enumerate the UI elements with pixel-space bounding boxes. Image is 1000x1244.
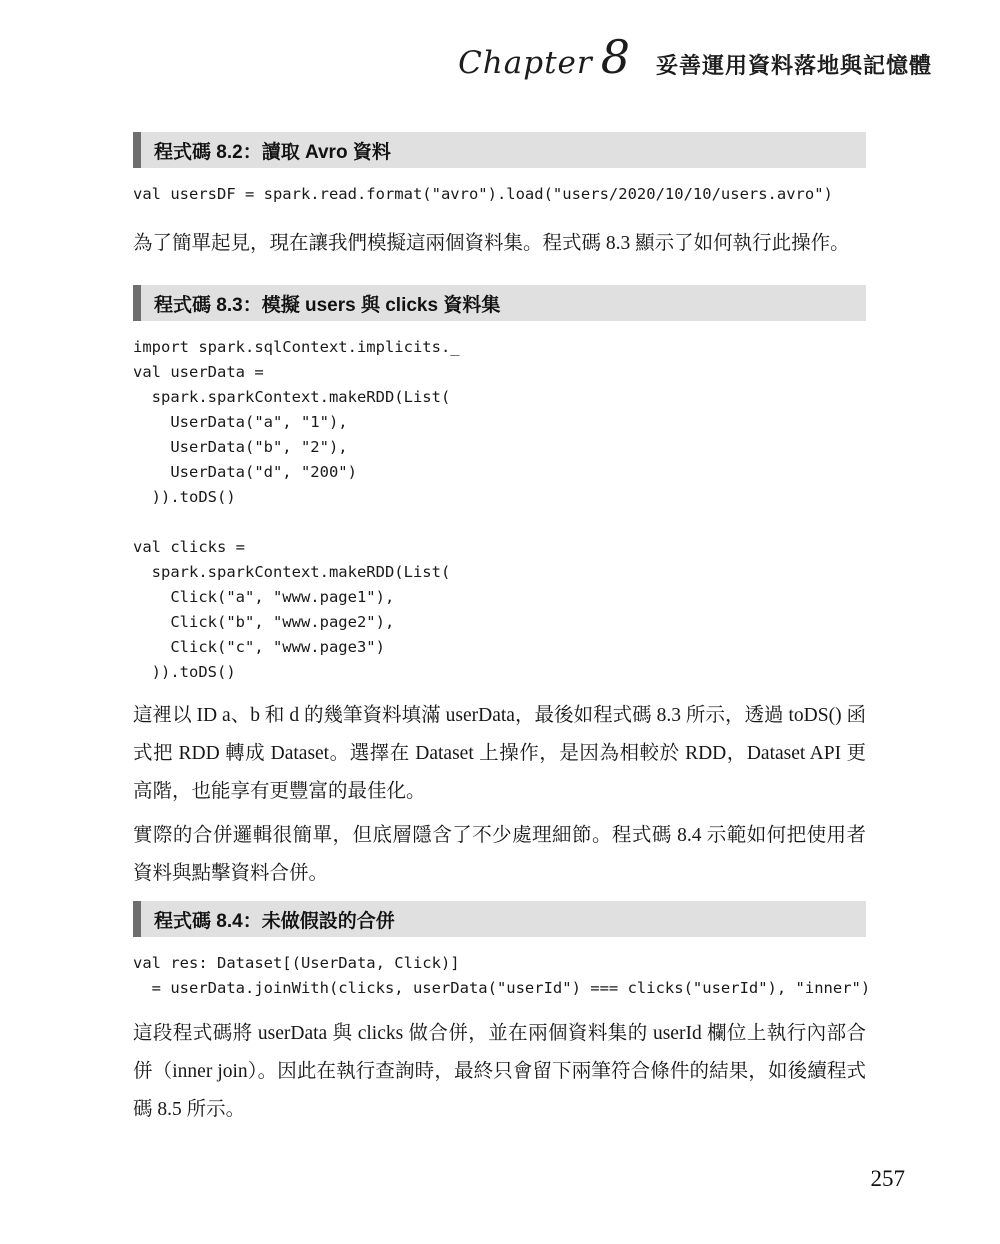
page-content: 程式碼 8.2：讀取 Avro 資料 val usersDF = spark.r… xyxy=(133,0,866,1129)
page-number: 257 xyxy=(871,1166,906,1192)
listing-8-4-heading: 程式碼 8.4：未做假設的合併 xyxy=(133,901,866,937)
paragraph-after-listing-8-3: 這裡以 ID a、b 和 d 的幾筆資料填滿 userData，最後如程式碼 8… xyxy=(133,697,866,811)
listing-8-3-code: import spark.sqlContext.implicits._ val … xyxy=(133,335,866,685)
paragraph-intro-listing-8-4: 實際的合併邏輯很簡單，但底層隱含了不少處理細節。程式碼 8.4 示範如何把使用者… xyxy=(133,817,866,893)
listing-8-3-heading-text: 程式碼 8.3：模擬 users 與 clicks 資料集 xyxy=(154,290,500,317)
listing-8-4-code: val res: Dataset[(UserData, Click)] = us… xyxy=(133,951,866,1001)
paragraph-intro-listing-8-3: 為了簡單起見，現在讓我們模擬這兩個資料集。程式碼 8.3 顯示了如何執行此操作。 xyxy=(133,225,866,263)
listing-8-2-heading-text: 程式碼 8.2：讀取 Avro 資料 xyxy=(154,137,391,164)
listing-8-2-code: val usersDF = spark.read.format("avro").… xyxy=(133,182,866,207)
listing-8-4-heading-text: 程式碼 8.4：未做假設的合併 xyxy=(154,906,395,933)
listing-8-3-heading: 程式碼 8.3：模擬 users 與 clicks 資料集 xyxy=(133,285,866,321)
listing-8-2-heading: 程式碼 8.2：讀取 Avro 資料 xyxy=(133,132,866,168)
paragraph-after-listing-8-4: 這段程式碼將 userData 與 clicks 做合併，並在兩個資料集的 us… xyxy=(133,1015,866,1129)
